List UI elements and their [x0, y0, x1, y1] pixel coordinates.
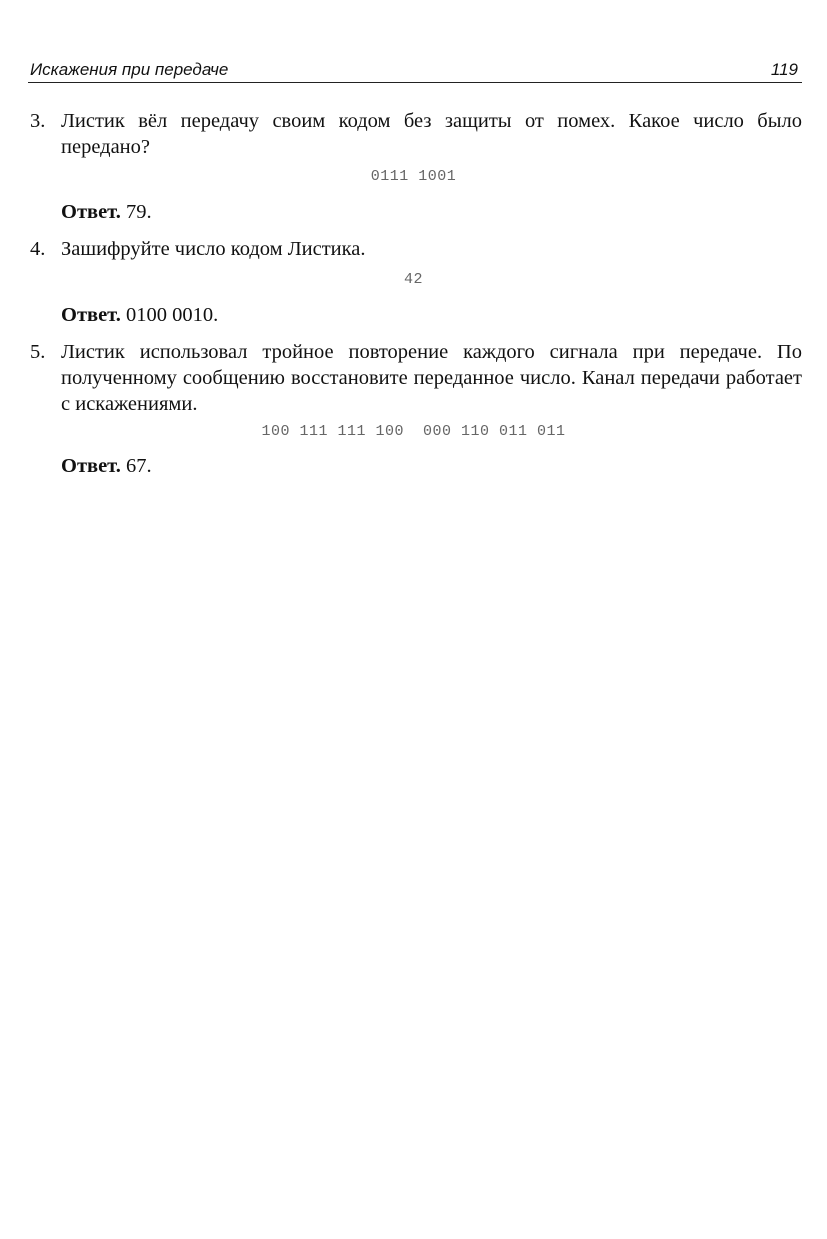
task-number: 3.	[30, 108, 45, 134]
chapter-title: Искажения при передаче	[30, 60, 228, 80]
task-5-code: 100 111 111 100 000 110 011 011	[0, 423, 827, 440]
task-text: Зашифруйте число кодом Листика.	[61, 236, 802, 262]
running-header: Искажения при передаче 119	[28, 58, 802, 83]
task-5: 5. Листик использовал тройное повторение…	[30, 339, 802, 417]
answer-value: 67.	[126, 455, 152, 477]
task-3-answer: Ответ. 79.	[61, 199, 152, 225]
answer-label: Ответ.	[61, 455, 121, 477]
task-4: 4. Зашифруйте число кодом Листика.	[30, 236, 802, 262]
task-number: 5.	[30, 339, 45, 365]
answer-label: Ответ.	[61, 304, 121, 326]
task-text: Листик использовал тройное повторение ка…	[61, 339, 802, 417]
answer-label: Ответ.	[61, 201, 121, 223]
answer-value: 79.	[126, 201, 152, 223]
task-number: 4.	[30, 236, 45, 262]
task-4-code: 42	[0, 271, 827, 288]
task-5-answer: Ответ. 67.	[61, 453, 152, 479]
page-number: 119	[771, 60, 798, 80]
answer-value: 0100 0010.	[126, 304, 218, 326]
task-4-answer: Ответ. 0100 0010.	[61, 302, 218, 328]
task-3: 3. Листик вёл передачу своим кодом без з…	[30, 108, 802, 160]
task-text: Листик вёл передачу своим кодом без защи…	[61, 108, 802, 160]
task-3-code: 0111 1001	[0, 168, 827, 185]
